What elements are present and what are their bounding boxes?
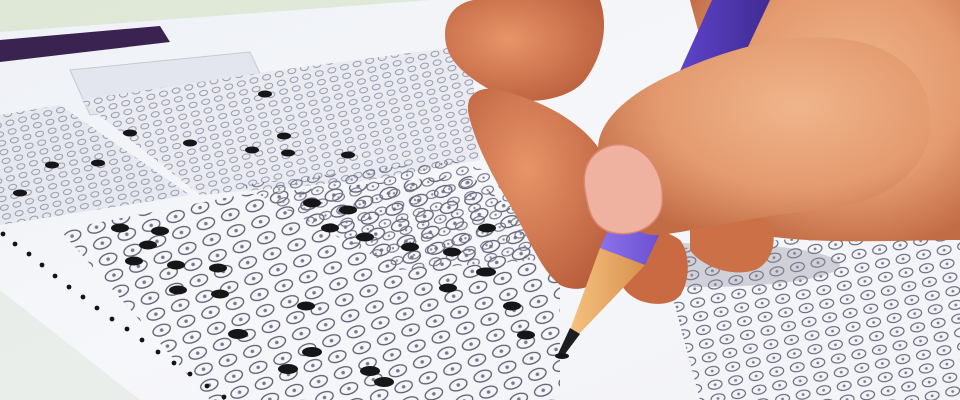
photo-scene — [0, 0, 960, 400]
omr-sheet-photo — [0, 0, 960, 400]
